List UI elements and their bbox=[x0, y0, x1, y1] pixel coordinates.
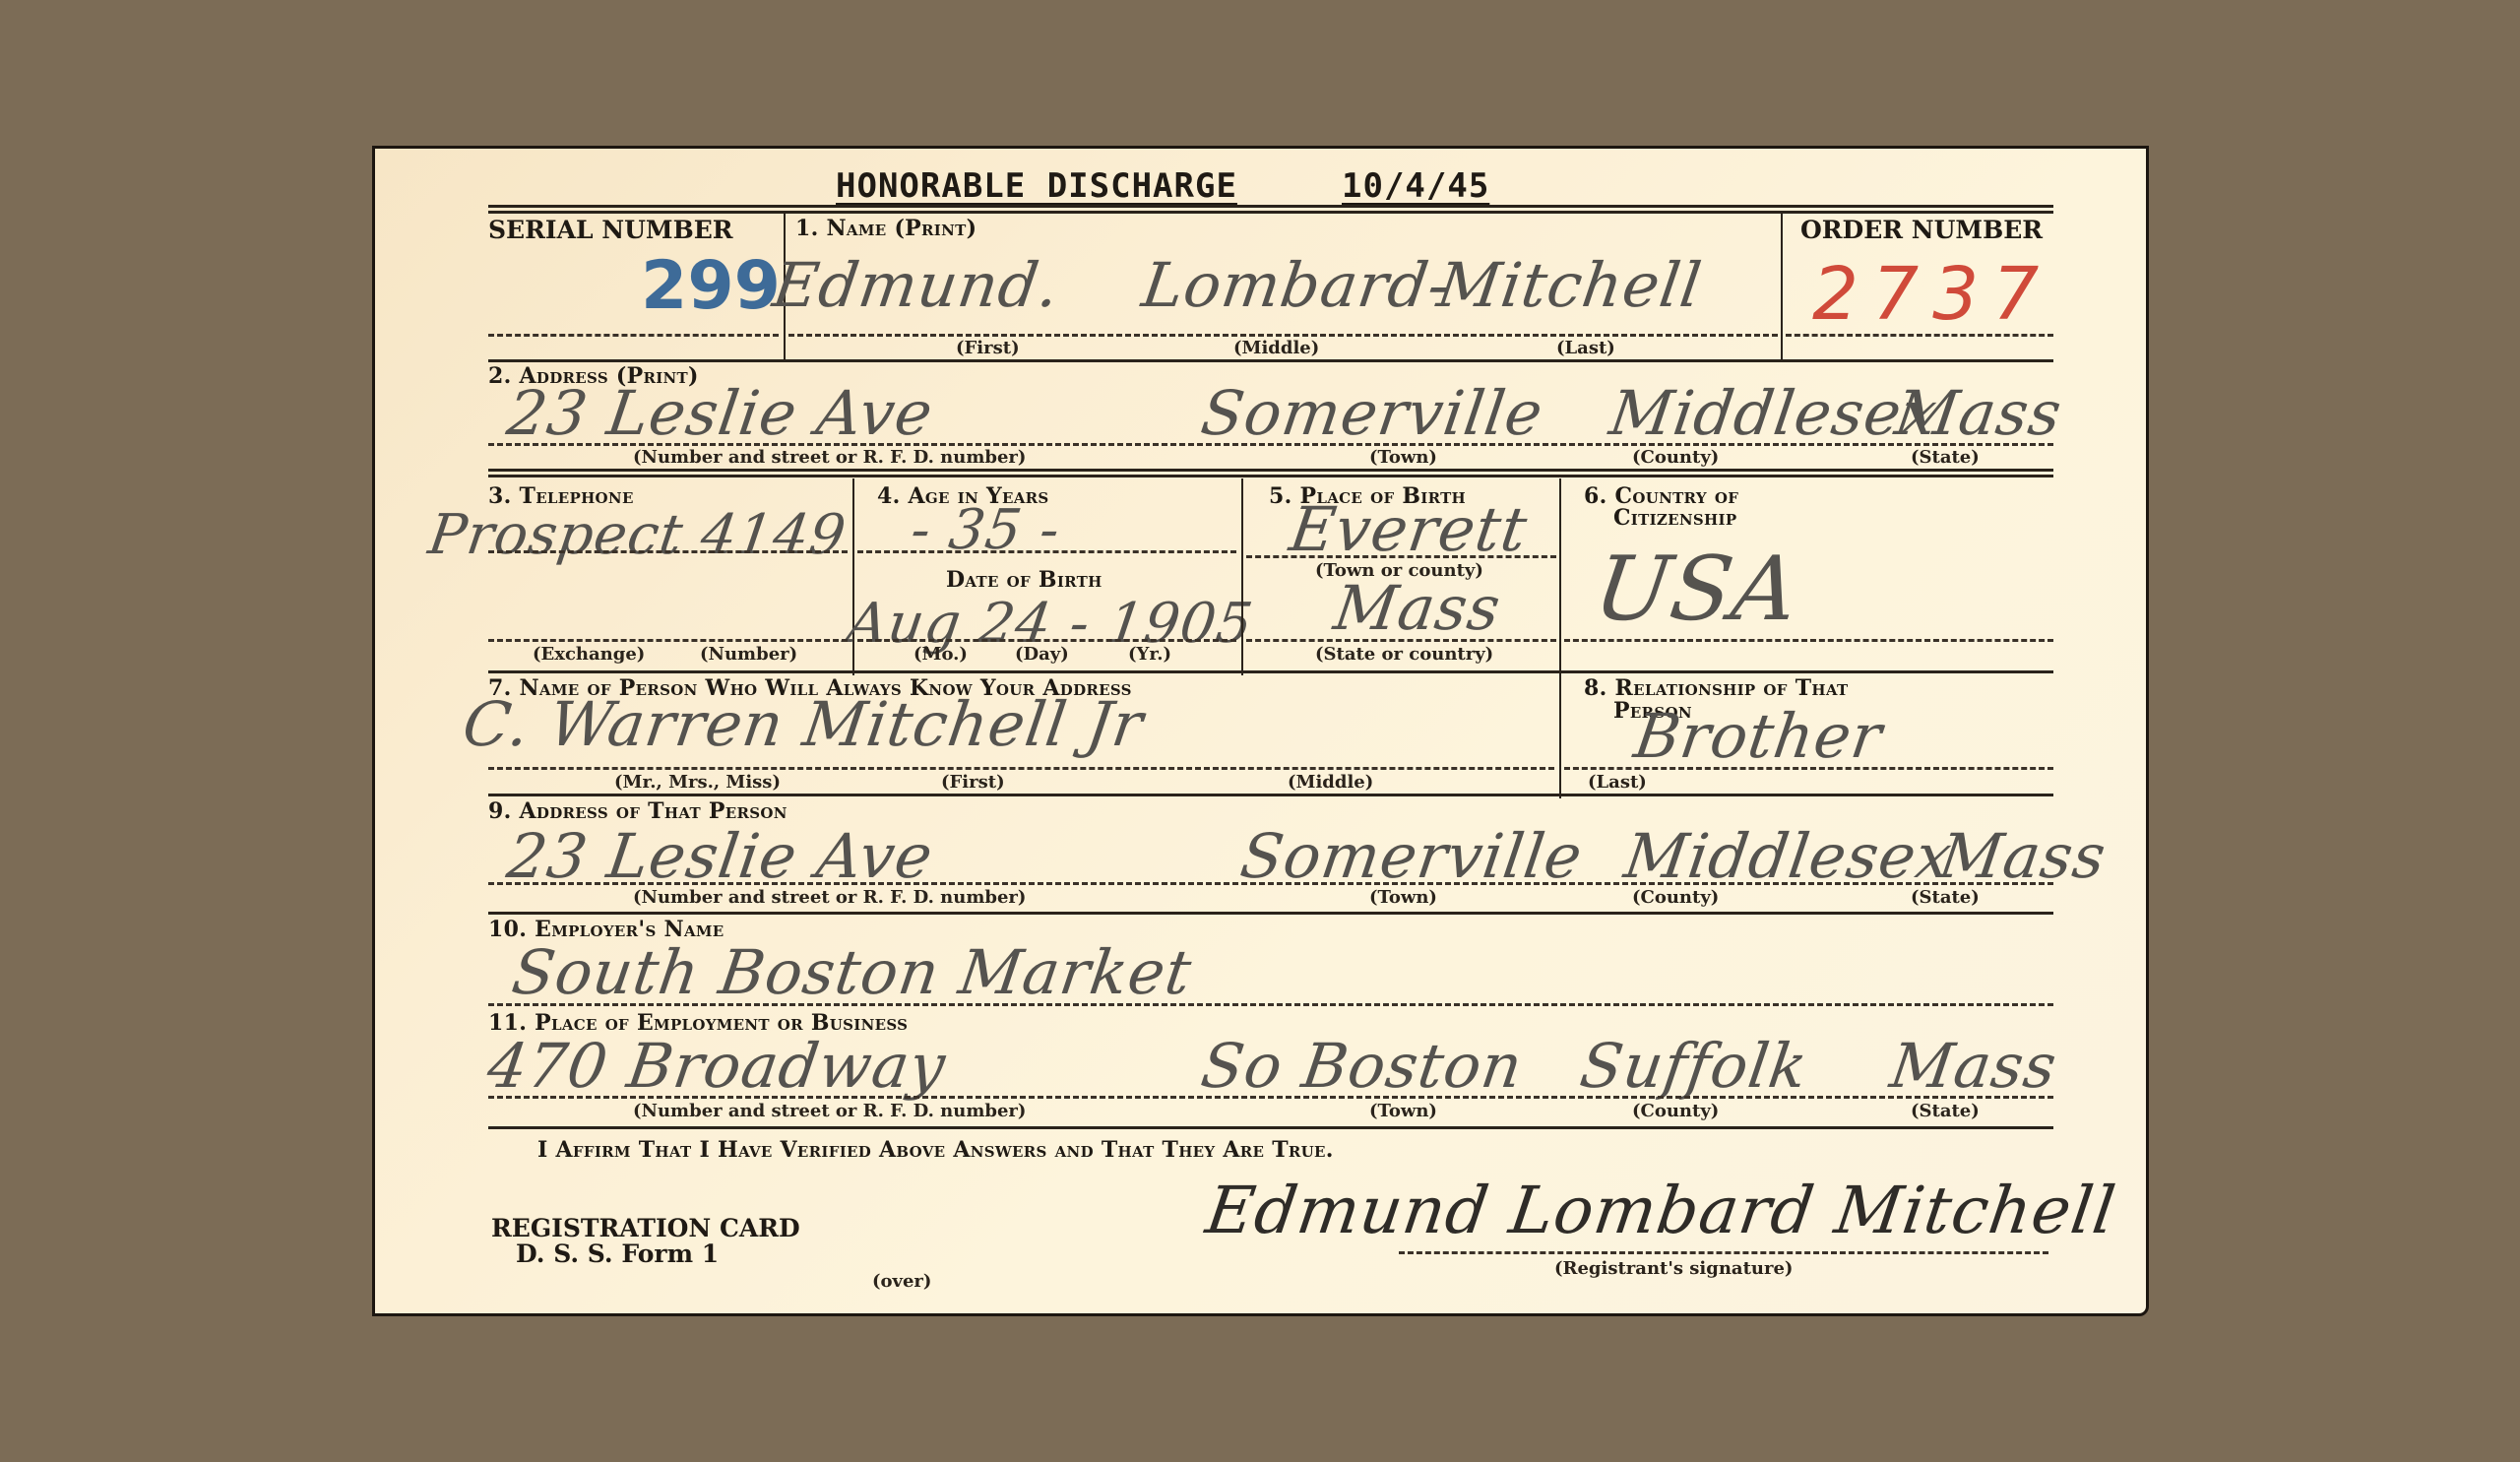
sub-label-state: (State) bbox=[1911, 1101, 1980, 1121]
sub-label-month: (Mo.) bbox=[913, 644, 968, 665]
sub-label-county: (County) bbox=[1632, 1101, 1719, 1121]
discharge-title: HONORABLE DISCHARGE bbox=[836, 166, 1237, 206]
dashed-line bbox=[1564, 639, 2053, 642]
name-first-value: Edmund. bbox=[769, 249, 1064, 321]
sub-label-exchange: (Exchange) bbox=[533, 644, 645, 665]
relationship-value: Brother bbox=[1630, 700, 1887, 772]
sub-label-street: (Number and street or R. F. D. number) bbox=[633, 447, 1026, 468]
name-label: 1. Name (Print) bbox=[795, 216, 976, 241]
sub-label-street: (Number and street or R. F. D. number) bbox=[633, 887, 1026, 908]
divider bbox=[1559, 478, 1561, 798]
telephone-value: Prospect 4149 bbox=[424, 503, 850, 567]
row-rule bbox=[488, 1126, 2053, 1129]
sub-label-town: (Town) bbox=[1369, 887, 1437, 908]
sub-label-day: (Day) bbox=[1015, 644, 1069, 665]
dashed-line bbox=[1786, 334, 2053, 337]
sub-label-first: (First) bbox=[941, 772, 1005, 793]
sub-label-street: (Number and street or R. F. D. number) bbox=[633, 1101, 1026, 1121]
sub-label-county: (County) bbox=[1632, 447, 1719, 468]
employment-street-value: 470 Broadway bbox=[483, 1030, 951, 1102]
dashed-line bbox=[488, 882, 2053, 885]
date-of-birth-label: Date of Birth bbox=[946, 567, 1102, 593]
sub-label-town: (Town) bbox=[1369, 447, 1437, 468]
employment-county-value: Suffolk bbox=[1576, 1030, 1812, 1102]
top-rule bbox=[488, 205, 2053, 214]
signature-line bbox=[1399, 1251, 2048, 1254]
dashed-line bbox=[488, 1003, 2053, 1006]
dashed-line bbox=[1564, 767, 2053, 770]
dashed-line bbox=[1246, 555, 1556, 558]
employer-value: South Boston Market bbox=[508, 936, 1196, 1008]
dashed-line bbox=[1246, 639, 1556, 642]
dashed-line bbox=[488, 443, 2053, 446]
dashed-line bbox=[488, 767, 1554, 770]
registrant-signature: Edmund Lombard Mitchell bbox=[1202, 1173, 2121, 1248]
address-street-value: 23 Leslie Ave bbox=[503, 377, 938, 449]
sub-label-number: (Number) bbox=[700, 644, 797, 665]
place-of-birth-state-value: Mass bbox=[1330, 572, 1505, 644]
citizenship-value: USA bbox=[1589, 538, 1805, 641]
row-rule bbox=[488, 912, 2053, 915]
row-rule bbox=[488, 670, 2053, 673]
serial-number-label: SERIAL NUMBER bbox=[488, 216, 733, 244]
sub-label-state: (State) bbox=[1911, 447, 1980, 468]
dashed-line bbox=[788, 334, 1778, 337]
sub-label-title: (Mr., Mrs., Miss) bbox=[614, 772, 781, 793]
order-number-label: ORDER NUMBER bbox=[1800, 216, 2043, 244]
sub-label-last: (Last) bbox=[1556, 338, 1615, 358]
form-id: D. S. S. Form 1 bbox=[516, 1240, 719, 1268]
discharge-date: 10/4/45 bbox=[1342, 166, 1489, 206]
dashed-line bbox=[488, 1096, 2053, 1099]
employment-state-value: Mass bbox=[1886, 1030, 2061, 1102]
registration-card-title: REGISTRATION CARD bbox=[491, 1214, 800, 1242]
dashed-line bbox=[488, 334, 779, 337]
signature-label: (Registrant's signature) bbox=[1554, 1258, 1793, 1279]
serial-number-value: 299 bbox=[641, 247, 781, 325]
sub-label-middle: (Middle) bbox=[1288, 772, 1373, 793]
sub-label-town: (Town) bbox=[1369, 1101, 1437, 1121]
address-state-value: Mass bbox=[1891, 377, 2066, 449]
row-rule bbox=[488, 359, 2053, 362]
dashed-line bbox=[488, 550, 848, 553]
contact-person-value: C. Warren Mitchell Jr bbox=[459, 688, 1148, 760]
name-middle-value: Lombard- bbox=[1138, 249, 1455, 321]
row-rule bbox=[488, 794, 2053, 796]
sub-label-middle: (Middle) bbox=[1233, 338, 1319, 358]
citizenship-label-line2: Citizenship bbox=[1613, 505, 1736, 531]
sub-label-state: (State) bbox=[1911, 887, 1980, 908]
dashed-line bbox=[857, 639, 1236, 642]
sub-label-year: (Yr.) bbox=[1128, 644, 1171, 665]
sub-label-state-country: (State or country) bbox=[1315, 644, 1493, 665]
sub-label-last: (Last) bbox=[1588, 772, 1647, 793]
order-number-value: 2737 bbox=[1812, 252, 2052, 337]
dashed-line bbox=[488, 639, 848, 642]
sub-label-first: (First) bbox=[956, 338, 1020, 358]
row-rule bbox=[488, 469, 2053, 477]
registration-card: HONORABLE DISCHARGE 10/4/45 SERIAL NUMBE… bbox=[372, 146, 2149, 1316]
name-last-value: Mitchell bbox=[1433, 249, 1706, 321]
divider bbox=[1781, 214, 1783, 359]
divider bbox=[1241, 478, 1243, 675]
address-town-value: Somerville bbox=[1197, 377, 1547, 449]
dashed-line bbox=[857, 550, 1236, 553]
over-note: (over) bbox=[872, 1271, 931, 1292]
sub-label-county: (County) bbox=[1632, 887, 1719, 908]
affirmation-text: I Affirm That I Have Verified Above Answ… bbox=[537, 1137, 1334, 1163]
employment-town-value: So Boston bbox=[1197, 1030, 1528, 1102]
